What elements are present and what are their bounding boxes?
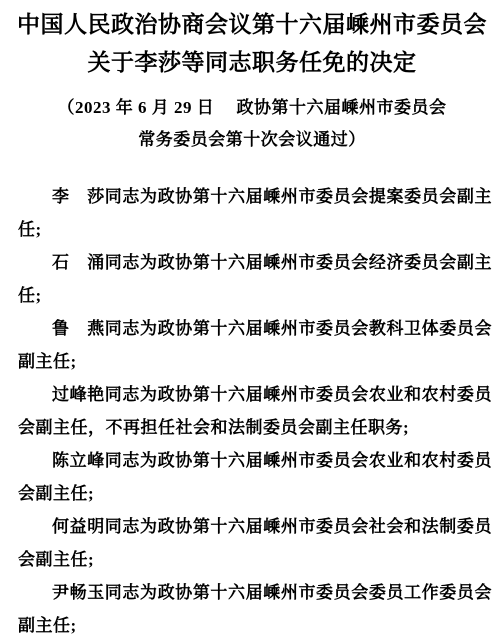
body-paragraph: 鲁 燕同志为政协第十六届嵊州市委员会教科卫体委员会副主任; xyxy=(18,312,492,378)
document-body: 李 莎同志为政协第十六届嵊州市委员会提案委员会副主任; 石 涌同志为政协第十六届… xyxy=(0,180,504,641)
document-meta: （2023 年 6 月 29 日 政协第十六届嵊州市委员会 常务委员会第十次会议… xyxy=(0,92,504,156)
document-title: 中国人民政治协商会议第十六届嵊州市委员会 关于李莎等同志职务任免的决定 xyxy=(0,0,504,82)
body-paragraph: 尹畅玉同志为政协第十六届嵊州市委员会委员工作委员会副主任; xyxy=(18,576,492,641)
body-paragraph: 何益明同志为政协第十六届嵊州市委员会社会和法制委员会副主任; xyxy=(18,510,492,576)
document-page: 中国人民政治协商会议第十六届嵊州市委员会 关于李莎等同志职务任免的决定 （202… xyxy=(0,0,504,641)
title-line-1: 中国人民政治协商会议第十六届嵊州市委员会 xyxy=(0,6,504,44)
body-paragraph: 石 涌同志为政协第十六届嵊州市委员会经济委员会副主任; xyxy=(18,246,492,312)
title-line-2: 关于李莎等同志职务任免的决定 xyxy=(0,44,504,82)
meta-line-2: 常务委员会第十次会议通过） xyxy=(0,124,504,156)
body-paragraph: 李 莎同志为政协第十六届嵊州市委员会提案委员会副主任; xyxy=(18,180,492,246)
body-paragraph: 过峰艳同志为政协第十六届嵊州市委员会农业和农村委员会副主任，不再担任社会和法制委… xyxy=(18,378,492,444)
meta-line-1: （2023 年 6 月 29 日 政协第十六届嵊州市委员会 xyxy=(0,92,504,124)
body-paragraph: 陈立峰同志为政协第十六届嵊州市委员会农业和农村委员会副主任; xyxy=(18,444,492,510)
